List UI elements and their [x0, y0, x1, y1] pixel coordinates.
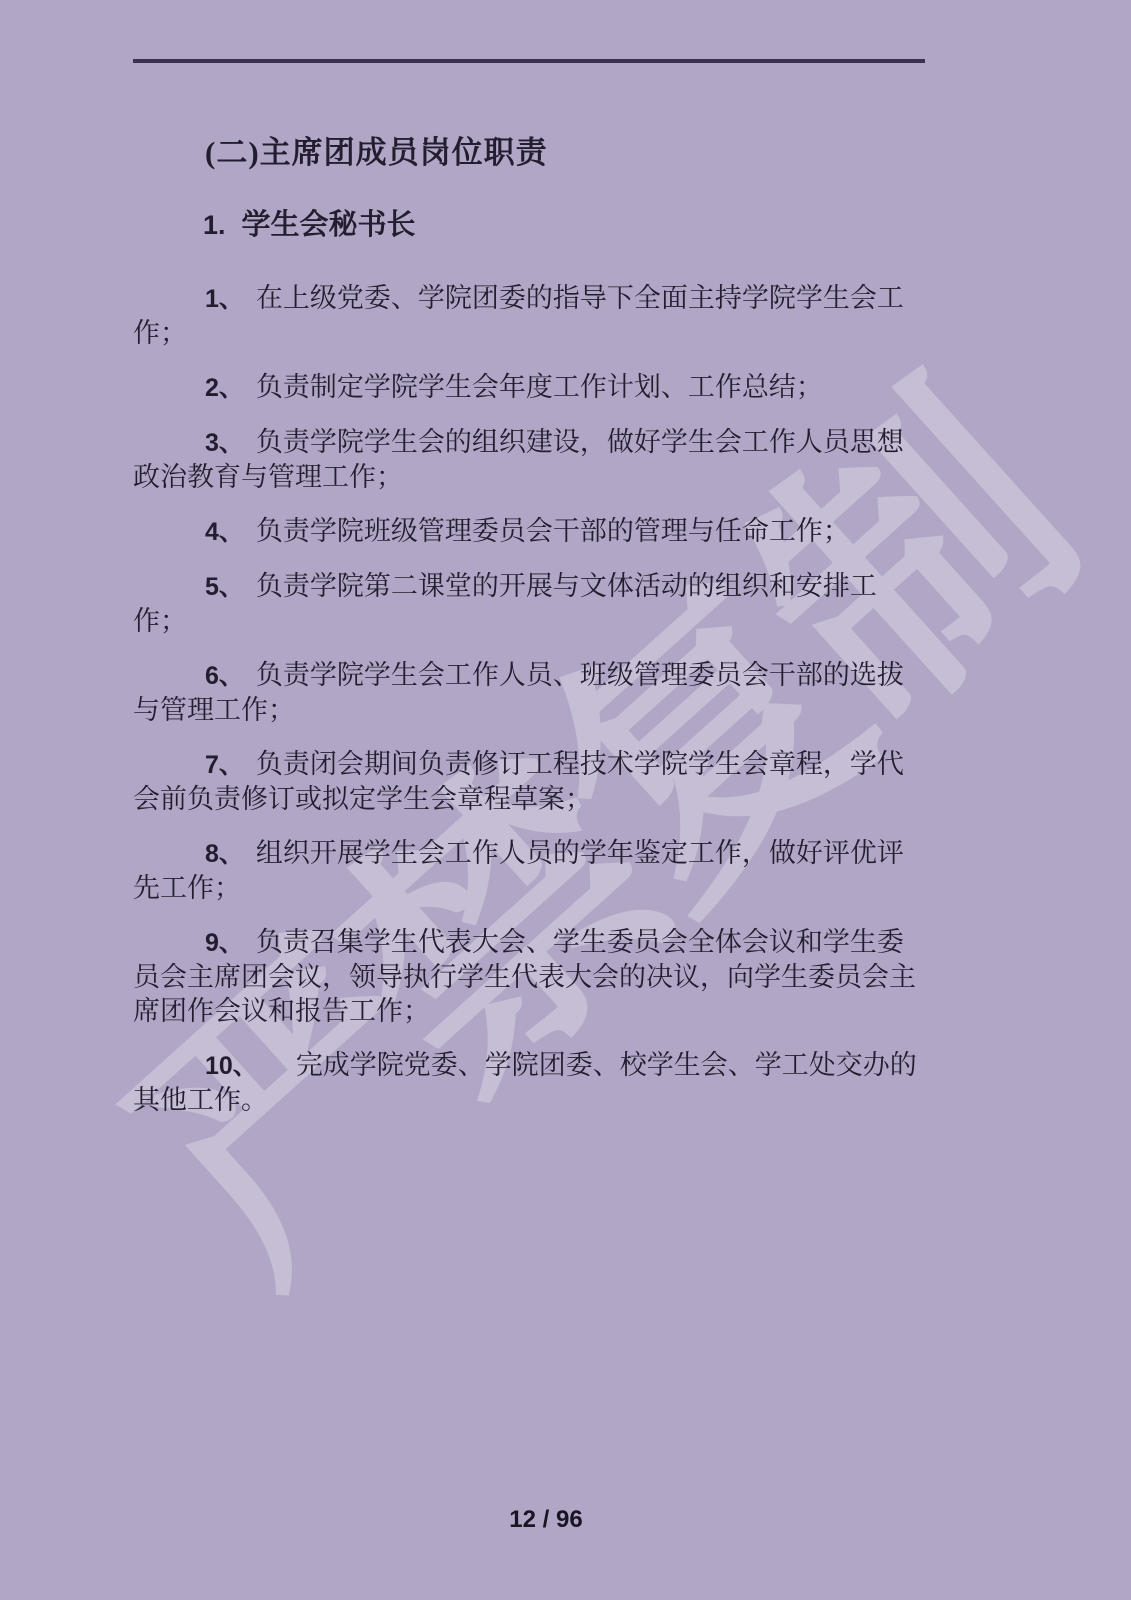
item-text: 负责闭会期间负责修订工程技术学院学生会章程，学代	[256, 749, 904, 779]
item-text: 负责召集学生代表大会、学生委员会全体会议和学生委	[256, 927, 904, 957]
item-text-line: 10、完成学院党委、学院团委、校学生会、学工处交办的	[133, 1048, 909, 1083]
item-text: 在上级党委、学院团委的指导下全面主持学院学生会工	[256, 283, 904, 313]
section-heading: 1.学生会秘书长	[133, 203, 909, 247]
item-number: 10、	[205, 1049, 258, 1083]
item-text-line: 5、负责学院第二课堂的开展与文体活动的组织和安排工	[133, 569, 909, 604]
item-number: 5、	[205, 570, 244, 604]
item-text: 负责制定学院学生会年度工作计划、工作总结；	[256, 372, 823, 402]
item-text-line: 8、组织开展学生会工作人员的学年鉴定工作，做好评优评	[133, 836, 909, 871]
item-number: 9、	[205, 926, 244, 960]
list-item: 6、负责学院学生会工作人员、班级管理委员会干部的选拔 与管理工作；	[133, 658, 909, 727]
list-item: 10、完成学院党委、学院团委、校学生会、学工处交办的 其他工作。	[133, 1048, 909, 1117]
continuation-line: 席团作会议和报告工作；	[133, 994, 909, 1028]
page-number-label: 12 / 96	[509, 1506, 582, 1533]
header-rule	[133, 59, 925, 63]
continuation-line: 会前负责修订或拟定学生会章程草案；	[133, 782, 909, 816]
document-title: (二)主席团成员岗位职责	[133, 131, 909, 175]
page-footer: 12 / 96	[460, 1506, 632, 1534]
item-text-line: 6、负责学院学生会工作人员、班级管理委员会干部的选拔	[133, 658, 909, 693]
duty-list: 1、在上级党委、学院团委的指导下全面主持学院学生会工 作； 2、负责制定学院学生…	[133, 281, 909, 1117]
list-item: 2、负责制定学院学生会年度工作计划、工作总结；	[133, 370, 909, 405]
section-title: 学生会秘书长	[242, 209, 416, 241]
continuation-line: 员会主席团会议，领导执行学生代表大会的决议，向学生委员会主	[133, 960, 909, 994]
item-text: 负责学院班级管理委员会干部的管理与任命工作；	[256, 516, 850, 546]
item-number: 3、	[205, 426, 244, 460]
list-item: 8、组织开展学生会工作人员的学年鉴定工作，做好评优评 先工作；	[133, 836, 909, 905]
item-text-line: 7、负责闭会期间负责修订工程技术学院学生会章程，学代	[133, 747, 909, 782]
item-number: 4、	[205, 515, 244, 549]
item-text-line: 4、负责学院班级管理委员会干部的管理与任命工作；	[133, 514, 909, 549]
item-text: 负责学院学生会工作人员、班级管理委员会干部的选拔	[256, 660, 904, 690]
item-number: 7、	[205, 748, 244, 782]
list-item: 7、负责闭会期间负责修订工程技术学院学生会章程，学代 会前负责修订或拟定学生会章…	[133, 747, 909, 816]
continuation-line: 先工作；	[133, 871, 909, 905]
item-text: 完成学院党委、学院团委、校学生会、学工处交办的	[296, 1050, 917, 1080]
item-text: 组织开展学生会工作人员的学年鉴定工作，做好评优评	[256, 838, 904, 868]
list-item: 5、负责学院第二课堂的开展与文体活动的组织和安排工 作；	[133, 569, 909, 638]
page-content: (二)主席团成员岗位职责 1.学生会秘书长 1、在上级党委、学院团委的指导下全面…	[133, 131, 909, 1137]
continuation-line: 作；	[133, 316, 909, 350]
item-text-line: 3、负责学院学生会的组织建设，做好学生会工作人员思想	[133, 425, 909, 460]
list-item: 9、负责召集学生代表大会、学生委员会全体会议和学生委 员会主席团会议，领导执行学…	[133, 925, 909, 1028]
continuation-line: 与管理工作；	[133, 693, 909, 727]
item-text-line: 9、负责召集学生代表大会、学生委员会全体会议和学生委	[133, 925, 909, 960]
item-text: 负责学院学生会的组织建设，做好学生会工作人员思想	[256, 427, 904, 457]
item-number: 6、	[205, 659, 244, 693]
item-number: 1、	[205, 282, 244, 316]
item-text-line: 1、在上级党委、学院团委的指导下全面主持学院学生会工	[133, 281, 909, 316]
continuation-line: 政治教育与管理工作；	[133, 460, 909, 494]
list-item: 1、在上级党委、学院团委的指导下全面主持学院学生会工 作；	[133, 281, 909, 350]
item-number: 2、	[205, 371, 244, 405]
item-text: 负责学院第二课堂的开展与文体活动的组织和安排工	[256, 571, 877, 601]
list-item: 3、负责学院学生会的组织建设，做好学生会工作人员思想 政治教育与管理工作；	[133, 425, 909, 494]
item-text-line: 2、负责制定学院学生会年度工作计划、工作总结；	[133, 370, 909, 405]
document-page: 严禁复制 (二)主席团成员岗位职责 1.学生会秘书长 1、在上级党委、学院团委的…	[0, 0, 1131, 1600]
continuation-line: 其他工作。	[133, 1083, 909, 1117]
section-number: 1.	[203, 203, 226, 247]
item-number: 8、	[205, 837, 244, 871]
list-item: 4、负责学院班级管理委员会干部的管理与任命工作；	[133, 514, 909, 549]
continuation-line: 作；	[133, 604, 909, 638]
